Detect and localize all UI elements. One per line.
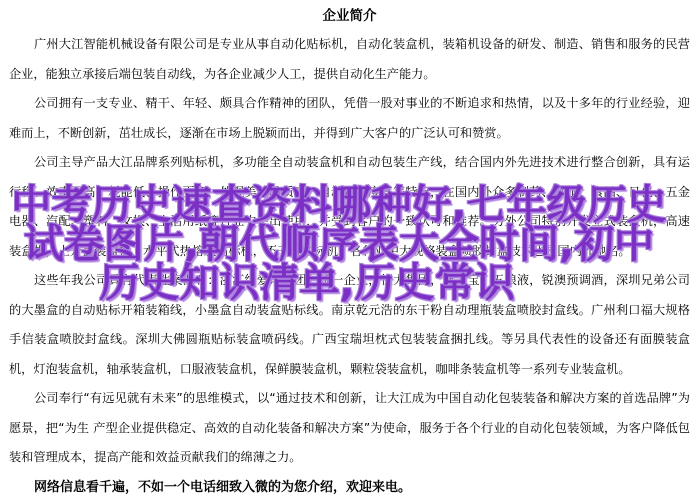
profile-paragraph: 这些年我公司具有代表性案例有：浙江纳爱斯集团，统一企业，恒大集团，健力宝，五粮液… <box>9 266 690 384</box>
profile-paragraphs: 广州大江智能机械设备有限公司是专业从事自动化贴标机，自动化装盒机，装箱机设备的研… <box>9 30 690 473</box>
profile-paragraph: 公司主导产品大江品牌系列贴标机，多功能全自动装盒机和自动包装生产线，结合国内外先… <box>9 148 690 266</box>
company-profile-document: 企业简介 广州大江智能机械设备有限公司是专业从事自动化贴标机，自动化装盒机，装箱… <box>0 0 698 499</box>
profile-paragraph: 广州大江智能机械设备有限公司是专业从事自动化贴标机，自动化装盒机，装箱机设备的研… <box>9 30 690 89</box>
profile-paragraph: 公司奉行“有远见就有未来”的思维模式，以“通过技术和创新，让大江成为中国自动化包… <box>9 384 690 473</box>
profile-paragraph: 公司拥有一支专业、精干、年轻、颇具合作精神的团队，凭借一股对事业的不断追求和热情… <box>9 89 690 148</box>
footer-note: 网络信息看千遍，不如一个电话细致入微的为您介绍，欢迎来电。 <box>9 473 690 499</box>
page-title: 企业简介 <box>9 3 690 30</box>
